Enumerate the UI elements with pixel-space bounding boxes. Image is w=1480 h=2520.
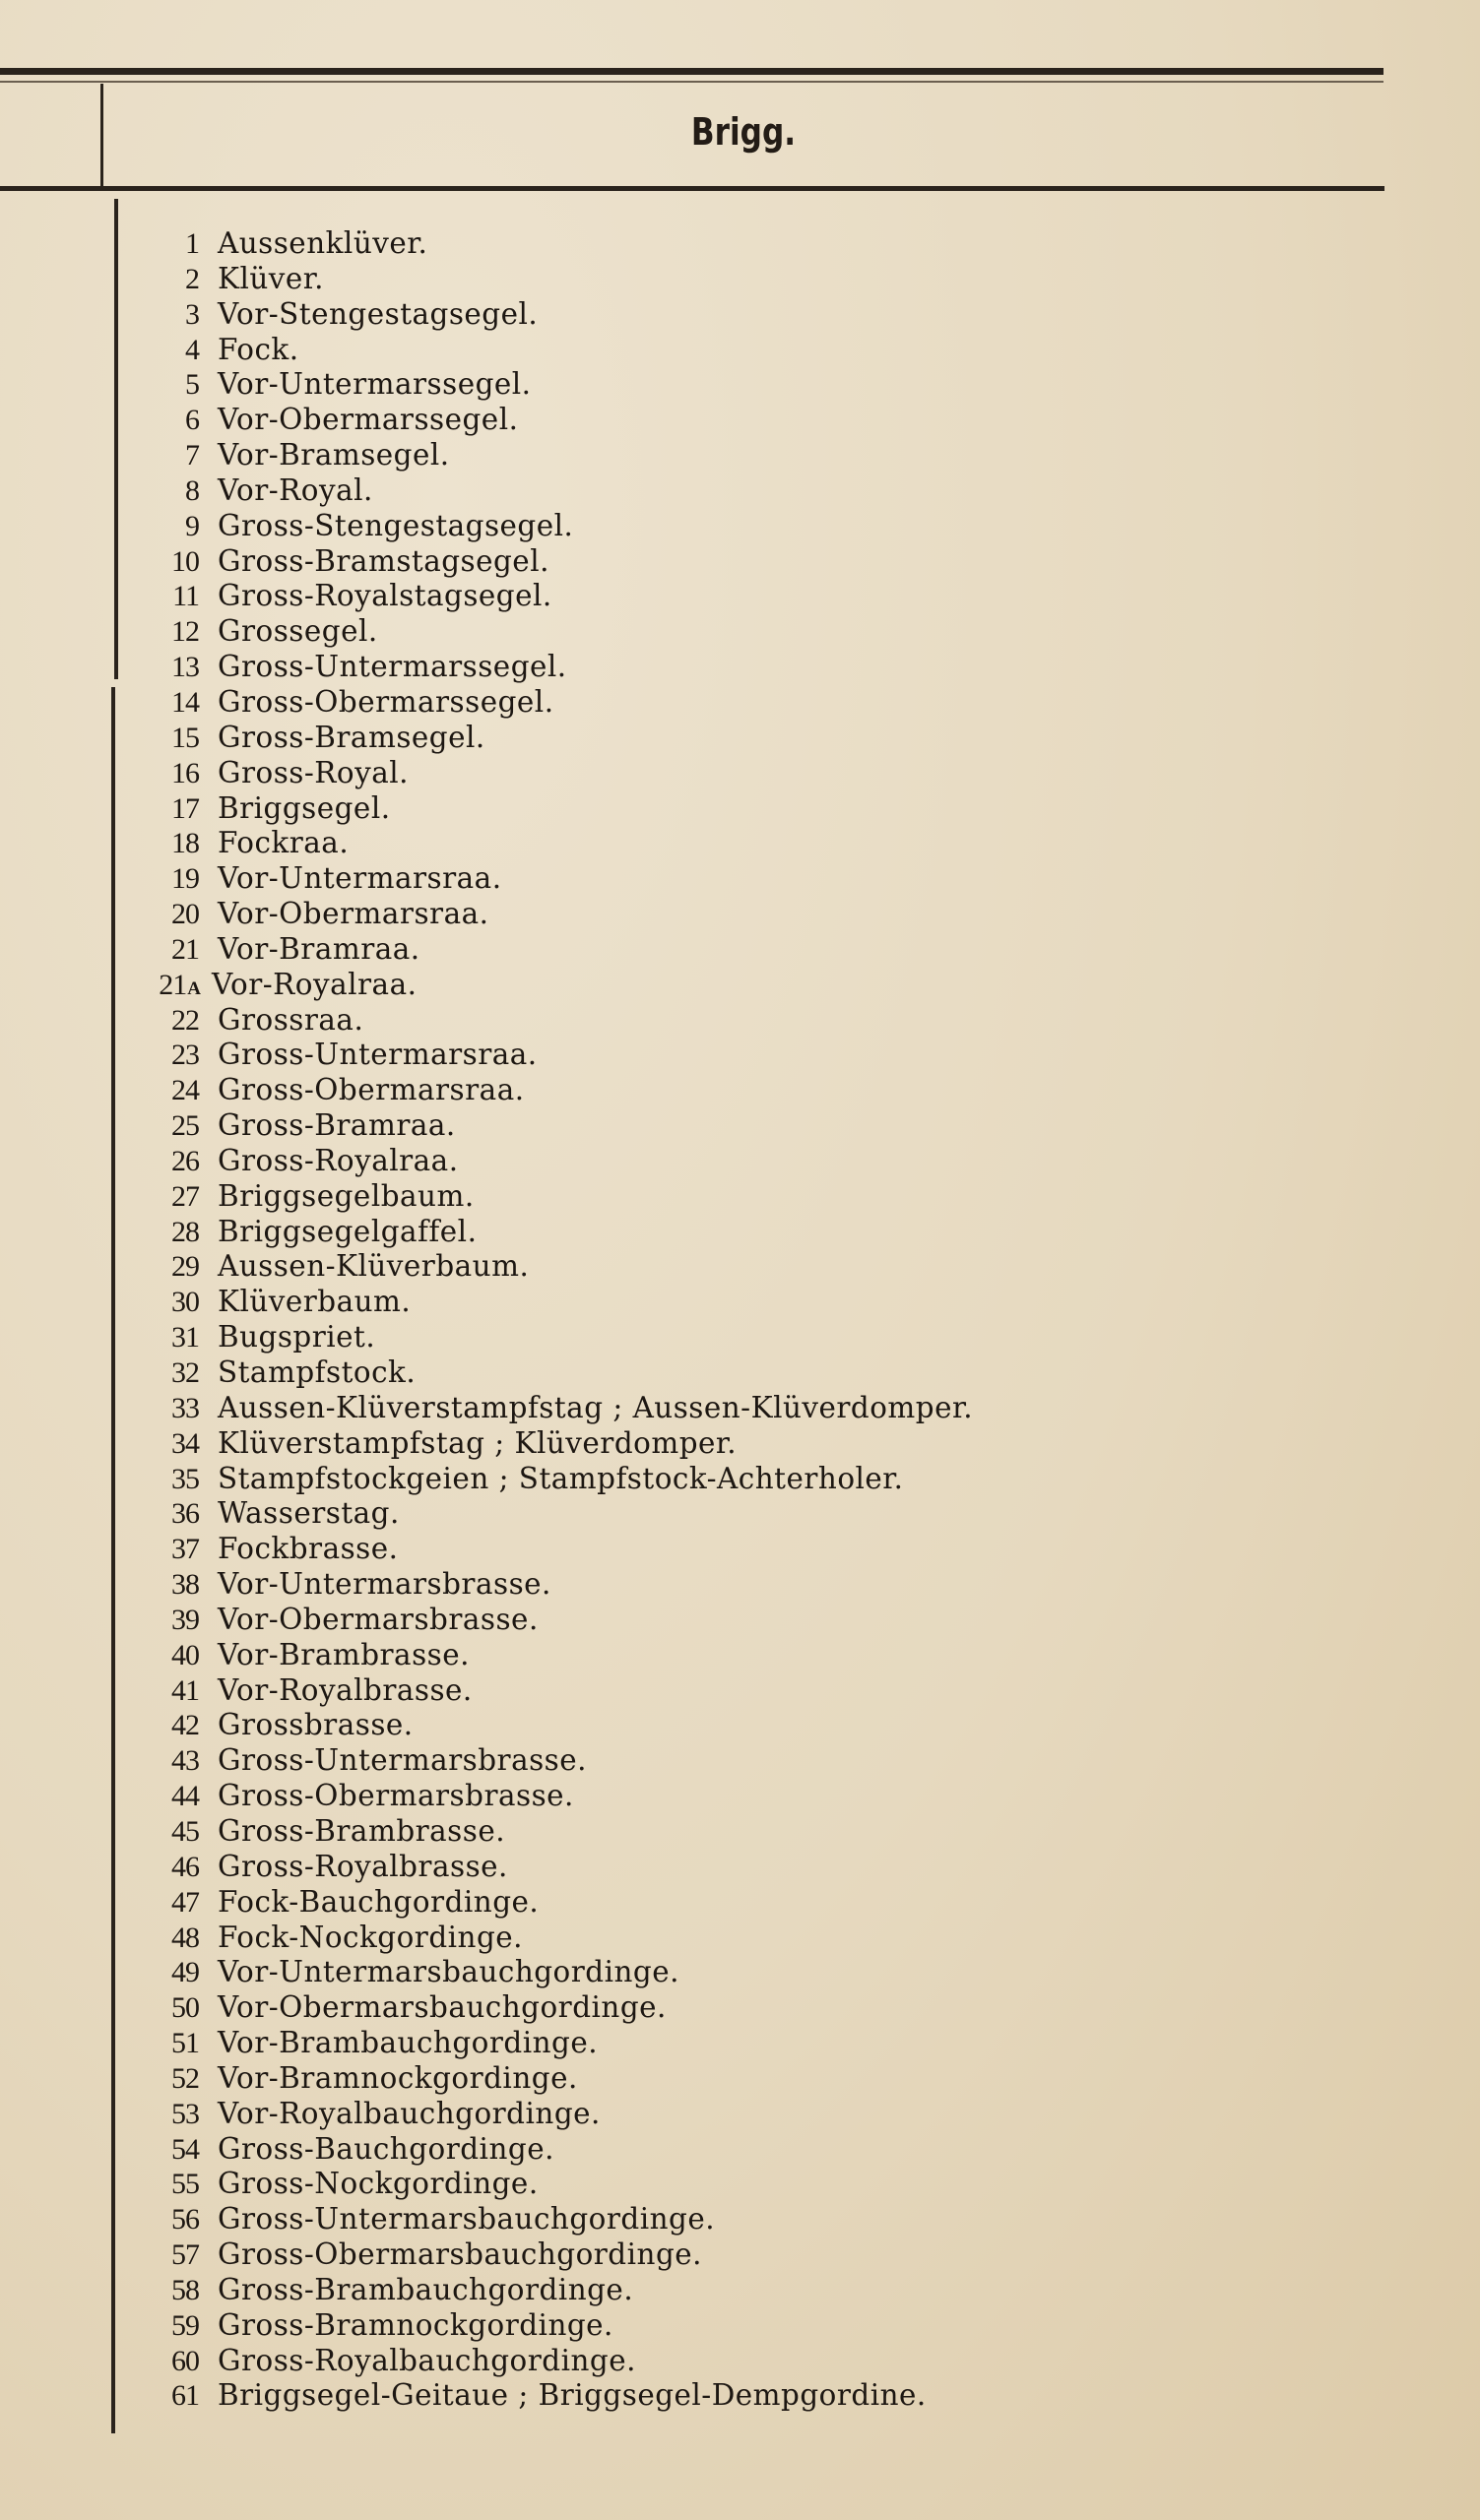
item-number: 15 xyxy=(0,721,200,760)
list-item: 43 Gross-Untermarsbrasse. xyxy=(0,1743,1379,1779)
list-item: 6 Vor-Obermarssegel. xyxy=(0,403,1379,438)
item-number: 6 xyxy=(0,403,200,442)
list-item: 22 Grossraa. xyxy=(0,1003,1379,1039)
item-label: Grossbrasse. xyxy=(218,1708,414,1743)
list-item: 13 Gross-Untermarssegel. xyxy=(0,650,1379,685)
item-number: 36 xyxy=(0,1496,200,1536)
item-label: Vor-Bramnockgordinge. xyxy=(218,2061,578,2097)
item-label: Vor-Bramraa. xyxy=(218,932,420,968)
item-label: Vor-Royalbauchgordinge. xyxy=(218,2097,601,2132)
list-item: 34 Klüverstampfstag ; Klüverdomper. xyxy=(0,1426,1379,1462)
item-label: Gross-Bramraa. xyxy=(218,1108,456,1144)
item-number-value: 36 xyxy=(171,1497,199,1530)
item-label: Gross-Nockgordinge. xyxy=(218,2167,539,2202)
item-number-value: 21 xyxy=(159,969,186,1001)
item-label: Gross-Stengestagsegel. xyxy=(218,509,573,544)
list-item: 33 Aussen-Klüverstampfstag ; Aussen-Klüv… xyxy=(0,1391,1379,1426)
item-number-value: 60 xyxy=(171,2345,199,2377)
item-number: 21 xyxy=(0,932,200,972)
item-label: Gross-Obermarsbauchgordinge. xyxy=(218,2237,702,2273)
item-number-value: 44 xyxy=(171,1780,199,1812)
list-item: 20 Vor-Obermarsraa. xyxy=(0,897,1379,932)
list-item: 37 Fockbrasse. xyxy=(0,1532,1379,1567)
list-item: 42 Grossbrasse. xyxy=(0,1708,1379,1743)
item-label: Gross-Untermarsraa. xyxy=(218,1038,538,1073)
item-number: 43 xyxy=(0,1743,200,1783)
item-label: Gross-Bauchgordinge. xyxy=(218,2132,554,2168)
item-number: 28 xyxy=(0,1215,200,1254)
item-number: 10 xyxy=(0,544,200,584)
item-number: 38 xyxy=(0,1567,200,1606)
item-label: Gross-Bramsegel. xyxy=(218,721,485,756)
item-number-value: 27 xyxy=(171,1180,199,1213)
item-label: Fockraa. xyxy=(218,826,349,861)
item-label: Vor-Untermarsraa. xyxy=(218,861,502,897)
item-number: 25 xyxy=(0,1108,200,1148)
item-number-value: 28 xyxy=(171,1216,199,1248)
item-label: Vor-Obermarsbauchgordinge. xyxy=(218,1990,667,2026)
item-label: Vor-Royal. xyxy=(218,473,373,509)
item-number: 48 xyxy=(0,1921,200,1960)
item-number: 18 xyxy=(0,826,200,865)
header-bottom-rule xyxy=(0,186,1384,191)
item-number-value: 7 xyxy=(185,439,199,472)
item-number: 32 xyxy=(0,1355,200,1395)
item-label: Gross-Obermarsraa. xyxy=(218,1073,525,1108)
list-item: 15 Gross-Bramsegel. xyxy=(0,721,1379,756)
item-number-value: 13 xyxy=(171,651,199,683)
list-item: 8 Vor-Royal. xyxy=(0,473,1379,509)
item-number-value: 35 xyxy=(171,1463,199,1495)
item-number: 16 xyxy=(0,756,200,795)
item-label: Klüverstampfstag ; Klüverdomper. xyxy=(218,1426,737,1462)
top-thin-rule xyxy=(0,81,1383,83)
item-number-value: 3 xyxy=(185,298,199,331)
list-item: 41 Vor-Royalbrasse. xyxy=(0,1673,1379,1709)
item-label: Vor-Royalbrasse. xyxy=(218,1673,473,1709)
item-number-value: 9 xyxy=(185,510,199,542)
item-label: Gross-Untermarssegel. xyxy=(218,650,567,685)
item-number-value: 41 xyxy=(171,1674,199,1707)
item-number: 20 xyxy=(0,897,200,936)
item-number: 13 xyxy=(0,650,200,689)
item-label: Vor-Obermarsbrasse. xyxy=(218,1603,539,1638)
list-item: 47 Fock-Bauchgordinge. xyxy=(0,1885,1379,1921)
item-number: 21A xyxy=(0,968,200,1007)
item-label: Gross-Royalstagsegel. xyxy=(218,579,552,614)
item-number: 45 xyxy=(0,1814,200,1854)
item-label: Gross-Royalbrasse. xyxy=(218,1850,508,1885)
item-number-value: 61 xyxy=(171,2379,199,2412)
list-item: 53 Vor-Royalbauchgordinge. xyxy=(0,2097,1379,2132)
list-item: 2 Klüver. xyxy=(0,262,1379,297)
list-item: 23 Gross-Untermarsraa. xyxy=(0,1038,1379,1073)
item-label: Vor-Royalraa. xyxy=(212,968,417,1003)
item-number-value: 38 xyxy=(171,1568,199,1601)
item-number-value: 5 xyxy=(185,368,199,401)
item-number-value: 33 xyxy=(171,1392,199,1424)
item-number-value: 47 xyxy=(171,1886,199,1919)
item-number: 4 xyxy=(0,333,200,372)
item-label: Gross-Untermarsbauchgordinge. xyxy=(218,2202,715,2237)
item-number: 7 xyxy=(0,438,200,477)
item-number-value: 52 xyxy=(171,2062,199,2095)
item-number-value: 2 xyxy=(185,263,199,295)
item-number: 56 xyxy=(0,2202,200,2241)
item-number-value: 50 xyxy=(171,1991,199,2024)
list-item: 16 Gross-Royal. xyxy=(0,756,1379,791)
item-number-value: 51 xyxy=(171,2027,199,2059)
item-number-value: 37 xyxy=(171,1533,199,1565)
item-number: 57 xyxy=(0,2237,200,2277)
list-item: 31 Bugspriet. xyxy=(0,1320,1379,1355)
item-number: 47 xyxy=(0,1885,200,1924)
item-label: Wasserstag. xyxy=(218,1496,400,1532)
item-number: 11 xyxy=(0,579,200,618)
top-thick-rule xyxy=(0,68,1383,75)
item-label: Vor-Obermarssegel. xyxy=(218,403,518,438)
item-number-value: 25 xyxy=(171,1109,199,1142)
item-number-value: 43 xyxy=(171,1744,199,1777)
list-item: 3 Vor-Stengestagsegel. xyxy=(0,297,1379,333)
list-item: 55 Gross-Nockgordinge. xyxy=(0,2167,1379,2202)
item-number: 55 xyxy=(0,2167,200,2206)
list-item: 27 Briggsegelbaum. xyxy=(0,1179,1379,1215)
item-label: Gross-Brambauchgordinge. xyxy=(218,2273,633,2308)
item-number-value: 49 xyxy=(171,1956,199,1988)
item-number-value: 29 xyxy=(171,1250,199,1283)
item-number-value: 19 xyxy=(171,862,199,895)
list-item: 36 Wasserstag. xyxy=(0,1496,1379,1532)
item-label: Gross-Bramstagsegel. xyxy=(218,544,549,580)
item-label: Briggsegel-Geitaue ; Briggsegel-Dempgord… xyxy=(218,2378,927,2414)
item-number-value: 54 xyxy=(171,2133,199,2166)
item-number: 42 xyxy=(0,1708,200,1747)
item-number-value: 31 xyxy=(171,1321,199,1354)
item-number-value: 16 xyxy=(171,757,199,789)
item-number-value: 18 xyxy=(171,827,199,859)
item-label: Vor-Untermarssegel. xyxy=(218,367,532,403)
list-item: 26 Gross-Royalraa. xyxy=(0,1144,1379,1179)
item-number: 27 xyxy=(0,1179,200,1219)
item-number: 2 xyxy=(0,262,200,301)
list-item: 4 Fock. xyxy=(0,333,1379,368)
list-item: 57 Gross-Obermarsbauchgordinge. xyxy=(0,2237,1379,2273)
item-number: 19 xyxy=(0,861,200,901)
item-number-value: 32 xyxy=(171,1356,199,1389)
item-number-value: 59 xyxy=(171,2309,199,2342)
item-number: 26 xyxy=(0,1144,200,1183)
list-item: 30 Klüverbaum. xyxy=(0,1285,1379,1320)
list-item: 58 Gross-Brambauchgordinge. xyxy=(0,2273,1379,2308)
item-label: Gross-Untermarsbrasse. xyxy=(218,1743,587,1779)
item-number-value: 26 xyxy=(171,1145,199,1177)
item-number: 39 xyxy=(0,1603,200,1642)
item-number-suffix: A xyxy=(187,978,200,999)
item-number: 33 xyxy=(0,1391,200,1430)
item-number-value: 22 xyxy=(171,1004,199,1037)
list-item: 49 Vor-Untermarsbauchgordinge. xyxy=(0,1955,1379,1990)
item-label: Grossraa. xyxy=(218,1003,363,1039)
list-item: 21A Vor-Royalraa. xyxy=(0,968,1379,1003)
header-column-divider xyxy=(100,84,103,186)
list-item: 38 Vor-Untermarsbrasse. xyxy=(0,1567,1379,1603)
list-item: 28 Briggsegelgaffel. xyxy=(0,1215,1379,1250)
item-number: 40 xyxy=(0,1638,200,1677)
list-item: 60 Gross-Royalbauchgordinge. xyxy=(0,2344,1379,2379)
item-number: 3 xyxy=(0,297,200,337)
item-number: 46 xyxy=(0,1850,200,1889)
item-number-value: 56 xyxy=(171,2203,199,2236)
list-item: 44 Gross-Obermarsbrasse. xyxy=(0,1779,1379,1814)
item-label: Aussenklüver. xyxy=(218,226,427,262)
list-item: 21 Vor-Bramraa. xyxy=(0,932,1379,968)
item-number: 61 xyxy=(0,2378,200,2418)
list-item: 52 Vor-Bramnockgordinge. xyxy=(0,2061,1379,2097)
item-number: 59 xyxy=(0,2308,200,2348)
list-item: 45 Gross-Brambrasse. xyxy=(0,1814,1379,1850)
list-item: 51 Vor-Brambauchgordinge. xyxy=(0,2026,1379,2061)
item-number-value: 24 xyxy=(171,1074,199,1106)
item-number-value: 40 xyxy=(171,1639,199,1671)
item-label: Fock-Nockgordinge. xyxy=(218,1921,523,1956)
item-number: 22 xyxy=(0,1003,200,1042)
item-number: 8 xyxy=(0,473,200,513)
item-number-value: 11 xyxy=(172,580,199,612)
page-title: Brigg. xyxy=(219,110,1268,154)
list-item: 50 Vor-Obermarsbauchgordinge. xyxy=(0,1990,1379,2026)
item-number: 12 xyxy=(0,614,200,654)
list-item: 14 Gross-Obermarssegel. xyxy=(0,685,1379,721)
item-label: Vor-Stengestagsegel. xyxy=(218,297,538,333)
list-item: 54 Gross-Bauchgordinge. xyxy=(0,2132,1379,2168)
list-item: 61 Briggsegel-Geitaue ; Briggsegel-Dempg… xyxy=(0,2378,1379,2414)
item-number: 52 xyxy=(0,2061,200,2101)
item-number: 9 xyxy=(0,509,200,548)
list-item: 56 Gross-Untermarsbauchgordinge. xyxy=(0,2202,1379,2237)
item-label: Vor-Obermarsraa. xyxy=(218,897,488,932)
list-item: 59 Gross-Bramnockgordinge. xyxy=(0,2308,1379,2344)
item-number: 50 xyxy=(0,1990,200,2030)
list-item: 9 Gross-Stengestagsegel. xyxy=(0,509,1379,544)
item-number-value: 42 xyxy=(171,1709,199,1741)
item-label: Bugspriet. xyxy=(218,1320,375,1355)
item-number-value: 6 xyxy=(185,404,199,436)
item-number-value: 14 xyxy=(171,686,199,719)
item-label: Klüver. xyxy=(218,262,324,297)
item-number: 35 xyxy=(0,1462,200,1501)
item-number: 53 xyxy=(0,2097,200,2136)
item-label: Fock-Bauchgordinge. xyxy=(218,1885,539,1921)
list-item: 29 Aussen-Klüverbaum. xyxy=(0,1249,1379,1285)
item-label: Vor-Brambauchgordinge. xyxy=(218,2026,598,2061)
list-item: 39 Vor-Obermarsbrasse. xyxy=(0,1603,1379,1638)
item-number: 1 xyxy=(0,226,200,266)
item-number: 44 xyxy=(0,1779,200,1818)
item-number-value: 46 xyxy=(171,1851,199,1883)
item-number: 23 xyxy=(0,1038,200,1077)
item-label: Grossegel. xyxy=(218,614,378,650)
item-number-value: 53 xyxy=(171,2098,199,2130)
list-item: 25 Gross-Bramraa. xyxy=(0,1108,1379,1144)
item-number: 29 xyxy=(0,1249,200,1289)
item-number-value: 20 xyxy=(171,898,199,930)
item-number: 30 xyxy=(0,1285,200,1324)
list-item: 11 Gross-Royalstagsegel. xyxy=(0,579,1379,614)
item-label: Stampfstock. xyxy=(218,1355,416,1391)
item-number-value: 30 xyxy=(171,1286,199,1318)
item-number: 5 xyxy=(0,367,200,407)
item-label: Aussen-Klüverbaum. xyxy=(218,1249,529,1285)
item-label: Vor-Untermarsbauchgordinge. xyxy=(218,1955,679,1990)
list-item: 35 Stampfstockgeien ; Stampfstock-Achter… xyxy=(0,1462,1379,1497)
legend-list: 1 Aussenklüver. 2 Klüver. 3 Vor-Stengest… xyxy=(0,226,1379,2414)
item-number-value: 55 xyxy=(171,2168,199,2200)
item-number-value: 12 xyxy=(171,615,199,648)
item-number-value: 17 xyxy=(171,792,199,825)
list-item: 24 Gross-Obermarsraa. xyxy=(0,1073,1379,1108)
item-number-value: 21 xyxy=(171,933,199,966)
item-label: Gross-Brambrasse. xyxy=(218,1814,505,1850)
item-number: 54 xyxy=(0,2132,200,2172)
item-label: Gross-Royalbauchgordinge. xyxy=(218,2344,636,2379)
item-label: Gross-Bramnockgordinge. xyxy=(218,2308,613,2344)
item-label: Gross-Royalraa. xyxy=(218,1144,459,1179)
item-label: Vor-Bramsegel. xyxy=(218,438,450,473)
list-item: 48 Fock-Nockgordinge. xyxy=(0,1921,1379,1956)
item-number: 34 xyxy=(0,1426,200,1466)
item-number: 58 xyxy=(0,2273,200,2312)
item-label: Gross-Obermarsbrasse. xyxy=(218,1779,574,1814)
list-item: 17 Briggsegel. xyxy=(0,791,1379,827)
item-number-value: 23 xyxy=(171,1039,199,1071)
item-label: Fock. xyxy=(218,333,299,368)
item-label: Stampfstockgeien ; Stampfstock-Achterhol… xyxy=(218,1462,903,1497)
list-item: 12 Grossegel. xyxy=(0,614,1379,650)
item-label: Briggsegel. xyxy=(218,791,391,827)
item-number: 49 xyxy=(0,1955,200,1994)
item-number: 17 xyxy=(0,791,200,831)
item-number: 37 xyxy=(0,1532,200,1571)
item-label: Vor-Untermarsbrasse. xyxy=(218,1567,551,1603)
list-item: 5 Vor-Untermarssegel. xyxy=(0,367,1379,403)
item-label: Klüverbaum. xyxy=(218,1285,411,1320)
list-item: 32 Stampfstock. xyxy=(0,1355,1379,1391)
item-label: Aussen-Klüverstampfstag ; Aussen-Klüverd… xyxy=(218,1391,973,1426)
item-number: 41 xyxy=(0,1673,200,1713)
item-number-value: 48 xyxy=(171,1921,199,1954)
item-label: Gross-Royal. xyxy=(218,756,409,791)
item-label: Briggsegelbaum. xyxy=(218,1179,475,1215)
item-number-value: 57 xyxy=(171,2238,199,2271)
item-number: 14 xyxy=(0,685,200,724)
item-label: Fockbrasse. xyxy=(218,1532,398,1567)
item-number-value: 15 xyxy=(171,722,199,754)
list-item: 10 Gross-Bramstagsegel. xyxy=(0,544,1379,580)
item-number: 60 xyxy=(0,2344,200,2383)
item-number-value: 10 xyxy=(171,545,199,578)
list-item: 18 Fockraa. xyxy=(0,826,1379,861)
item-number-value: 58 xyxy=(171,2274,199,2306)
item-label: Vor-Brambrasse. xyxy=(218,1638,470,1673)
item-label: Briggsegelgaffel. xyxy=(218,1215,477,1250)
item-number: 24 xyxy=(0,1073,200,1112)
item-number-value: 8 xyxy=(185,474,199,507)
item-number-value: 45 xyxy=(171,1815,199,1848)
list-item: 46 Gross-Royalbrasse. xyxy=(0,1850,1379,1885)
list-item: 7 Vor-Bramsegel. xyxy=(0,438,1379,473)
item-number-value: 1 xyxy=(185,227,199,260)
list-item: 40 Vor-Brambrasse. xyxy=(0,1638,1379,1673)
item-number-value: 34 xyxy=(171,1427,199,1460)
item-number: 51 xyxy=(0,2026,200,2065)
list-item: 1 Aussenklüver. xyxy=(0,226,1379,262)
item-number: 31 xyxy=(0,1320,200,1359)
item-label: Gross-Obermarssegel. xyxy=(218,685,554,721)
item-number-value: 4 xyxy=(185,334,199,366)
list-item: 19 Vor-Untermarsraa. xyxy=(0,861,1379,897)
item-number-value: 39 xyxy=(171,1604,199,1636)
